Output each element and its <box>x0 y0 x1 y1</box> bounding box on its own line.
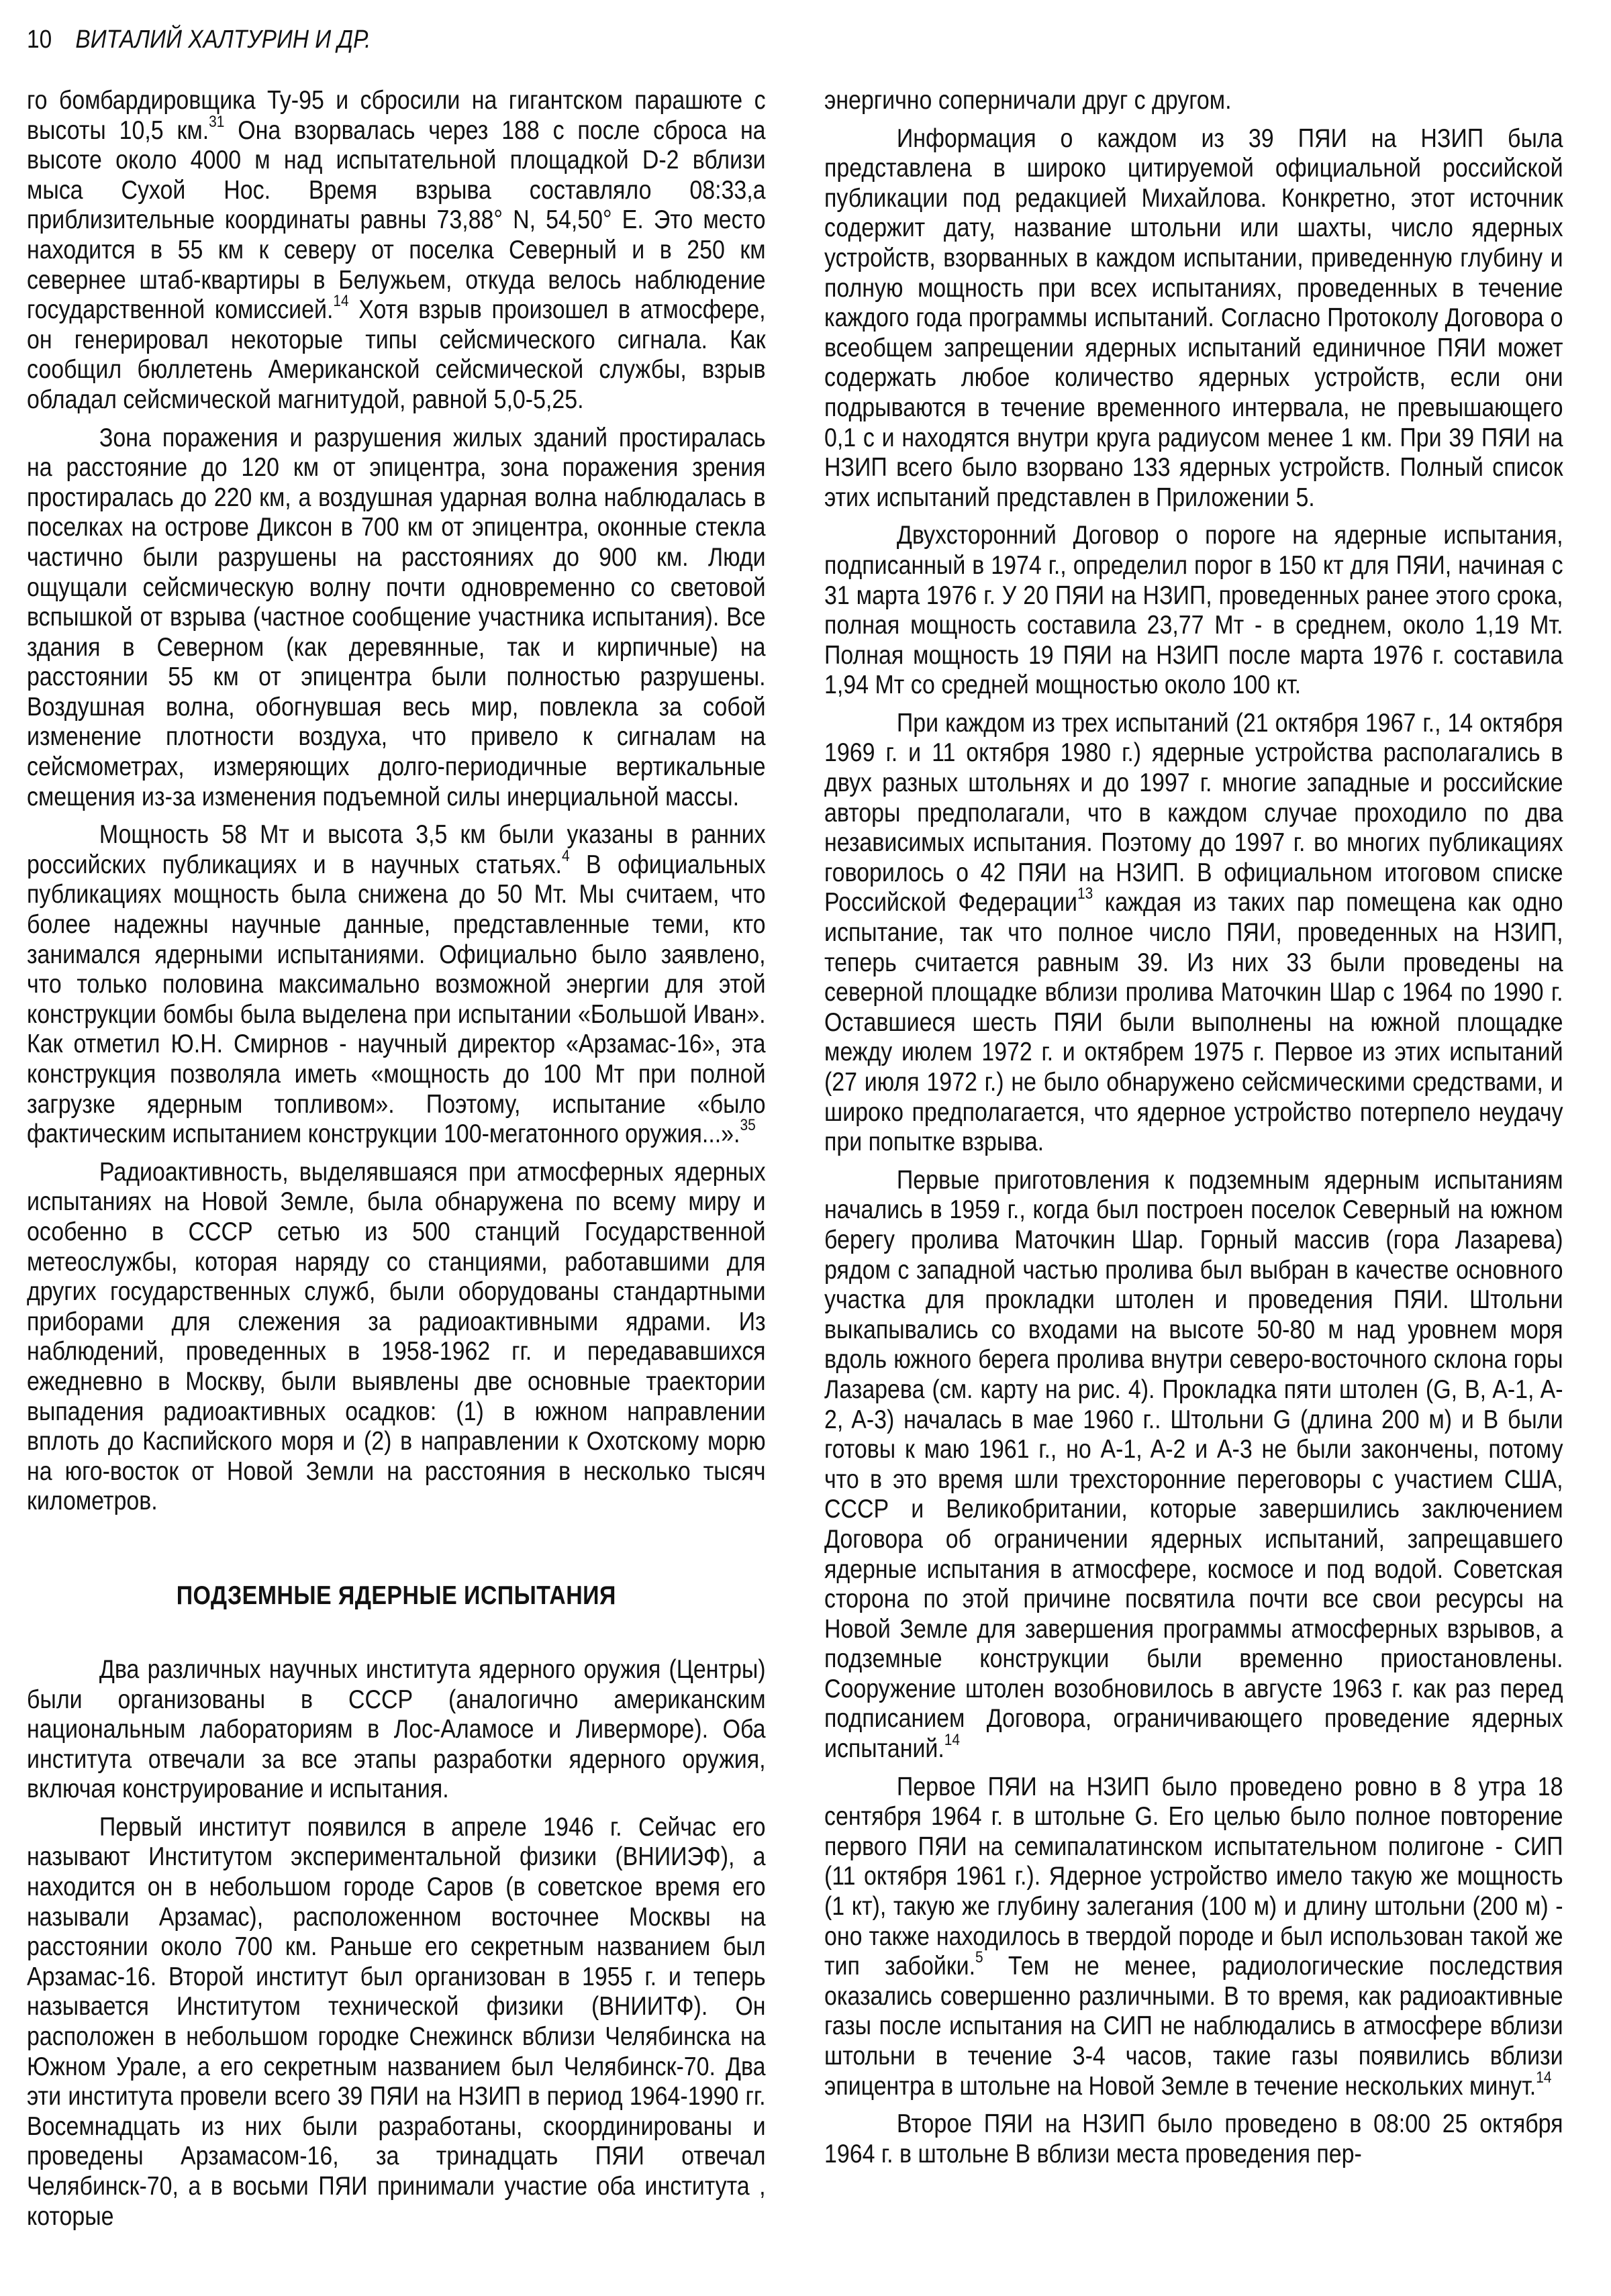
paragraph: Первые приготовления к подземным ядерным… <box>824 1166 1563 1764</box>
paragraph: Информация о каждом из 39 ПЯИ на НЗИП бы… <box>824 124 1563 513</box>
paragraph: Первое ПЯИ на НЗИП было проведено ровно … <box>824 1773 1563 2102</box>
footnote-ref[interactable]: 14 <box>1536 2068 1551 2087</box>
footnote-ref[interactable]: 13 <box>1077 885 1093 903</box>
footnote-ref[interactable]: 4 <box>562 847 570 865</box>
footnote-ref[interactable]: 14 <box>944 1731 960 1749</box>
document-page: 10 ВИТАЛИЙ ХАЛТУРИН И ДР. го бомбардиров… <box>0 0 1611 2296</box>
section-heading: ПОДЗЕМНЫЕ ЯДЕРНЫЕ ИСПЫТАНИЯ <box>27 1581 766 1611</box>
paragraph: Зона поражения и разрушения жилых зданий… <box>27 423 766 813</box>
footnote-ref[interactable]: 35 <box>740 1116 755 1134</box>
paragraph: Двухсторонний Договор о пороге на ядерны… <box>824 521 1563 701</box>
paragraph: Радиоактивность, выделявшаяся при атмосф… <box>27 1158 766 1517</box>
footnote-ref[interactable]: 31 <box>209 113 224 131</box>
footnote-ref[interactable]: 5 <box>975 1948 983 1966</box>
paragraph: Мощность 58 Мт и высота 3,5 км были указ… <box>27 820 766 1150</box>
paragraph: При каждом из трех испытаний (21 октября… <box>824 709 1563 1158</box>
paragraph: энергично соперничали друг с другом. <box>824 86 1563 116</box>
running-head: 10 ВИТАЛИЙ ХАЛТУРИН И ДР. <box>27 26 371 59</box>
footnote-ref[interactable]: 14 <box>333 292 348 310</box>
paragraph: Первый институт появился в апреле 1946 г… <box>27 1813 766 2232</box>
page-number: 10 <box>27 26 52 54</box>
right-column: энергично соперничали друг с другом. Инф… <box>824 86 1611 2177</box>
running-head-authors: ВИТАЛИЙ ХАЛТУРИН И ДР. <box>75 26 371 54</box>
left-column: го бомбардировщика Ту-95 и сбросили на г… <box>27 86 876 2240</box>
paragraph: Два различных научных института ядерного… <box>27 1655 766 1805</box>
paragraph: Второе ПЯИ на НЗИП было проведено в 08:0… <box>824 2109 1563 2169</box>
paragraph: го бомбардировщика Ту-95 и сбросили на г… <box>27 86 766 415</box>
